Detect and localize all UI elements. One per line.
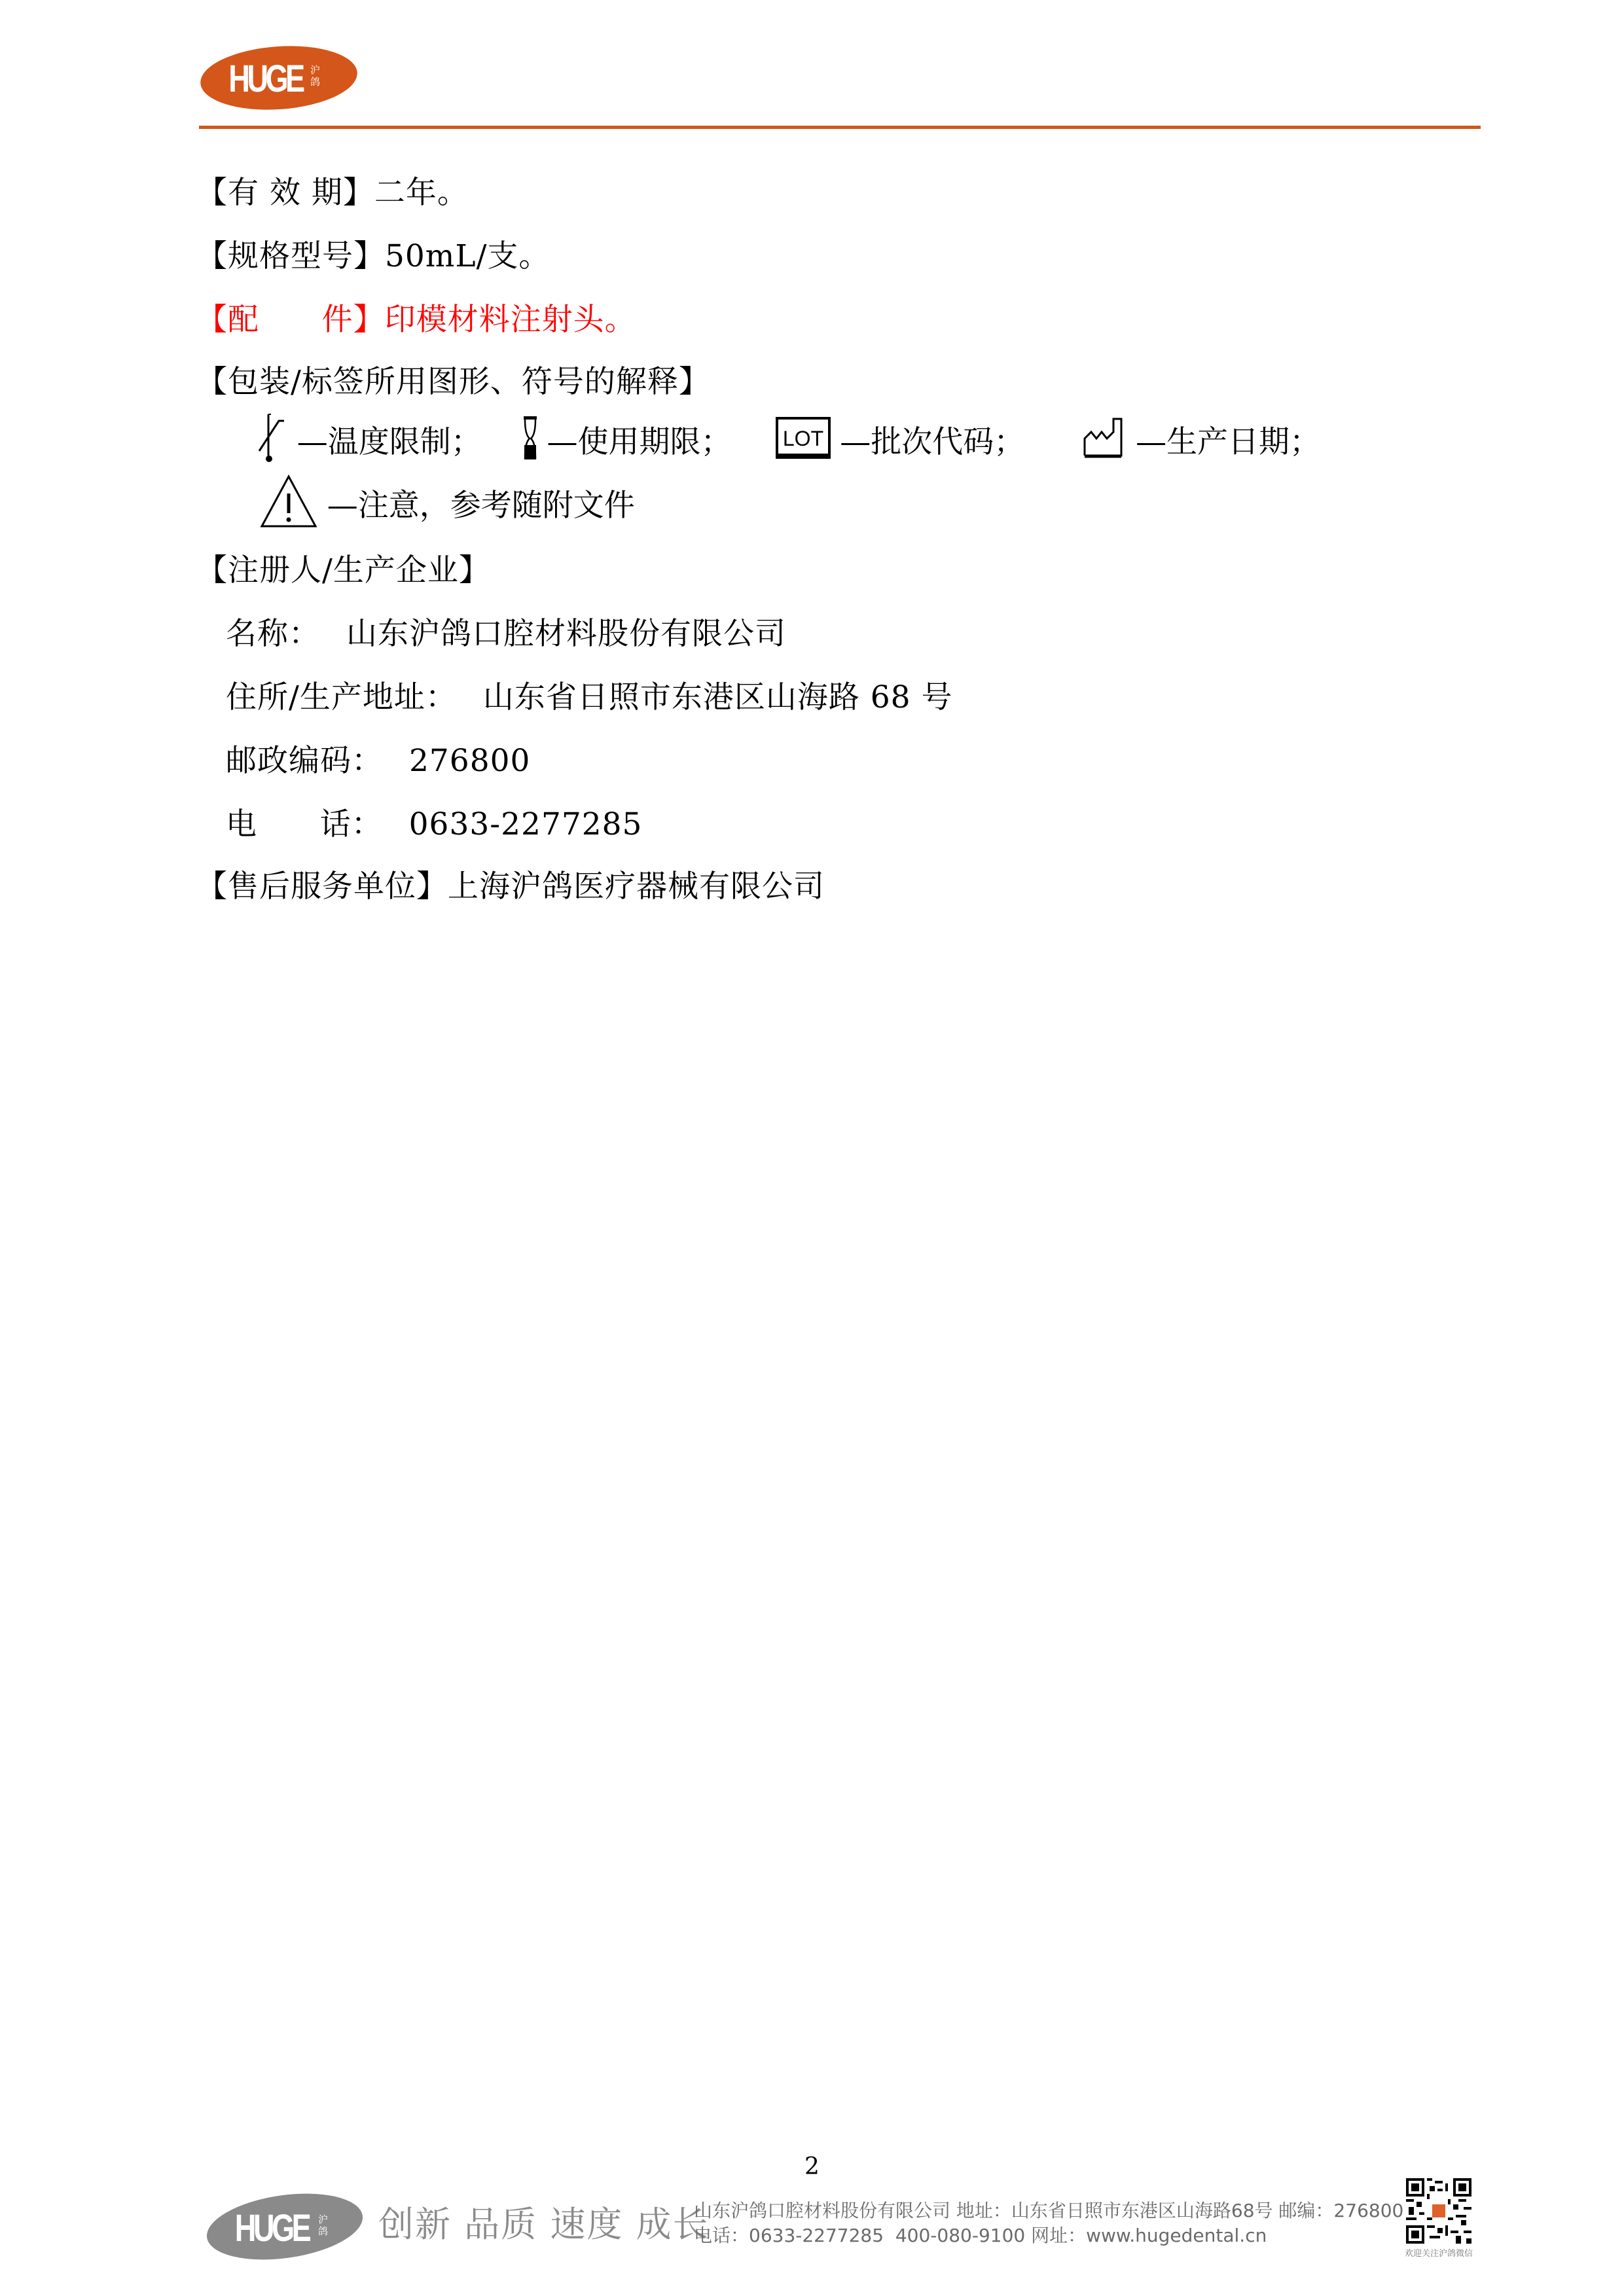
validity-label: 【有 效 期】	[196, 175, 374, 211]
accessory-value: 印模材料注射头。	[385, 302, 636, 338]
after-sales-value: 上海沪鸽医疗器械有限公司	[448, 869, 825, 905]
symbol-text-temperature: —温度限制；	[297, 423, 482, 462]
symbol-text-manufacture-date: —生产日期；	[1136, 423, 1320, 462]
registrant-address-value: 山东省日照市东港区山海路 68 号	[483, 679, 953, 715]
spec-value: 50mL/支。	[385, 238, 550, 274]
symbol-text-lot: —批次代码；	[840, 423, 1024, 462]
symbol-text-caution: —注意，参考随附文件	[327, 486, 635, 526]
accessory-label: 【配 件】	[196, 302, 385, 338]
factory-manufacture-date-icon	[1041, 376, 1127, 510]
validity-value: 二年。	[374, 175, 469, 211]
registrant-name-label: 名称：	[226, 616, 320, 652]
footer-contact: 电话：0633-2277285 400-080-9100 网址：www.huge…	[694, 2224, 1267, 2248]
registrant-address-line: 住所/生产地址：山东省日照市东港区山海路 68 号	[226, 678, 953, 717]
registrant-address-label: 住所/生产地址：	[226, 679, 457, 715]
symbols-row-2: —注意，参考随附文件	[216, 476, 635, 535]
registrant-name-value: 山东沪鸽口腔材料股份有限公司	[346, 616, 786, 652]
svg-text:沪: 沪	[318, 2214, 328, 2225]
footer-company-address: 山东沪鸽口腔材料股份有限公司 地址：山东省日照市东港区山海路68号 邮编：276…	[694, 2199, 1403, 2223]
symbols-row-1: —温度限制； —使用期限； LOT —批次代码； —生产日期；	[216, 416, 1320, 469]
header-rule	[199, 126, 1481, 129]
registrant-name-line: 名称：山东沪鸽口腔材料股份有限公司	[226, 615, 786, 654]
svg-text:鸽: 鸽	[310, 76, 320, 88]
registrant-heading: 【注册人/生产企业】	[196, 551, 490, 590]
spec-line: 【规格型号】50mL/支。	[196, 237, 550, 276]
after-sales-line: 【售后服务单位】上海沪鸽医疗器械有限公司	[196, 867, 825, 906]
accessory-line: 【配 件】印模材料注射头。	[196, 300, 636, 340]
symbol-text-use-by: —使用期限；	[547, 423, 732, 462]
spec-label: 【规格型号】	[196, 238, 385, 274]
page-number: 2	[0, 2153, 1624, 2180]
qr-caption: 欢迎关注沪鸽微信	[1399, 2246, 1478, 2259]
validity-line: 【有 效 期】二年。	[196, 173, 469, 213]
registrant-phone-line: 电 话：0633-2277285	[226, 805, 642, 844]
after-sales-label: 【售后服务单位】	[196, 869, 448, 905]
wechat-qr-code	[1406, 2178, 1471, 2244]
svg-text:HUGE: HUGE	[228, 58, 305, 101]
svg-text:HUGE: HUGE	[235, 2208, 312, 2250]
registrant-phone-value: 0633-2277285	[409, 806, 643, 842]
registrant-postcode-value: 276800	[409, 743, 530, 779]
registrant-postcode-line: 邮政编码：276800	[226, 742, 530, 781]
svg-text:LOT: LOT	[783, 427, 823, 450]
footer-logo: HUGE 沪 鸽	[204, 2193, 365, 2261]
svg-text:沪: 沪	[310, 64, 320, 76]
header-logo: HUGE 沪 鸽	[199, 45, 359, 111]
svg-text:鸽: 鸽	[318, 2225, 328, 2237]
lot-batch-code-icon: LOT	[737, 378, 831, 508]
footer-slogan: 创新 品质 速度 成长	[378, 2202, 710, 2248]
registrant-postcode-label: 邮政编码：	[226, 743, 383, 779]
registrant-phone-label: 电 话：	[226, 806, 383, 842]
